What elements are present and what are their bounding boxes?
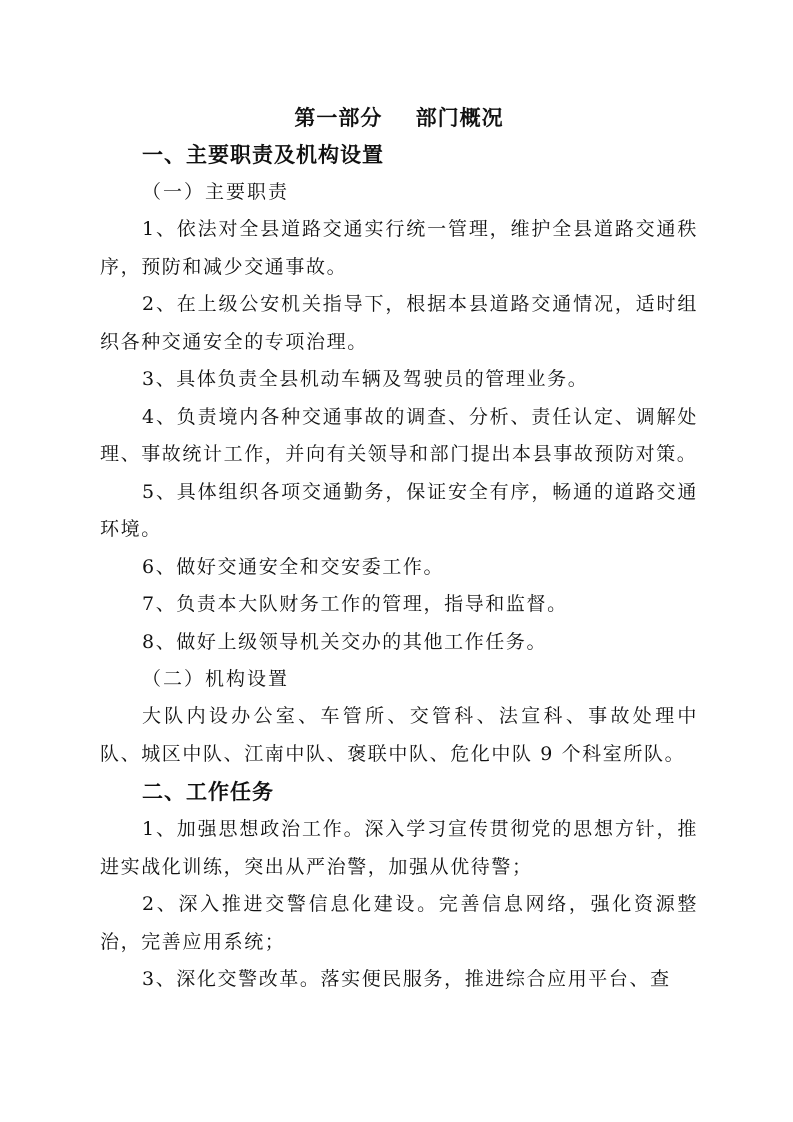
section-heading-duties-and-structure: 一、主要职责及机构设置 [142,136,698,174]
duty-item-6: 6、做好交通安全和交安委工作。 [100,549,698,587]
task-item-1: 1、加强思想政治工作。深入学习宣传贯彻党的思想方针，推进实战化训练，突出从严治警… [100,811,698,886]
section-heading-work-tasks: 二、工作任务 [142,773,698,811]
duty-item-1: 1、依法对全县道路交通实行统一管理，维护全县道路交通秩序，预防和减少交通事故。 [100,211,698,286]
duty-item-5: 5、具体组织各项交通勤务，保证安全有序，畅通的道路交通环境。 [100,474,698,549]
duty-item-3: 3、具体负责全县机动车辆及驾驶员的管理业务。 [100,361,698,399]
duty-item-2: 2、在上级公安机关指导下，根据本县道路交通情况，适时组织各种交通安全的专项治理。 [100,286,698,361]
task-item-2: 2、深入推进交警信息化建设。完善信息网络，强化资源整治，完善应用系统； [100,886,698,961]
duty-item-7: 7、负责本大队财务工作的管理，指导和监督。 [100,586,698,624]
document-title: 第一部分 部门概况 [100,100,698,136]
structure-description: 大队内设办公室、车管所、交管科、法宣科、事故处理中队、城区中队、江南中队、褒联中… [100,698,698,773]
subsection-heading-main-duties: （一）主要职责 [142,174,698,211]
duty-item-8: 8、做好上级领导机关交办的其他工作任务。 [100,624,698,662]
duty-item-4: 4、负责境内各种交通事故的调查、分析、责任认定、调解处理、事故统计工作，并向有关… [100,399,698,474]
subsection-heading-structure: （二）机构设置 [142,661,698,698]
document-page: 第一部分 部门概况 一、主要职责及机构设置 （一）主要职责 1、依法对全县道路交… [100,100,698,999]
task-item-3: 3、深化交警改革。落实便民服务，推进综合应用平台、查 [100,961,698,999]
